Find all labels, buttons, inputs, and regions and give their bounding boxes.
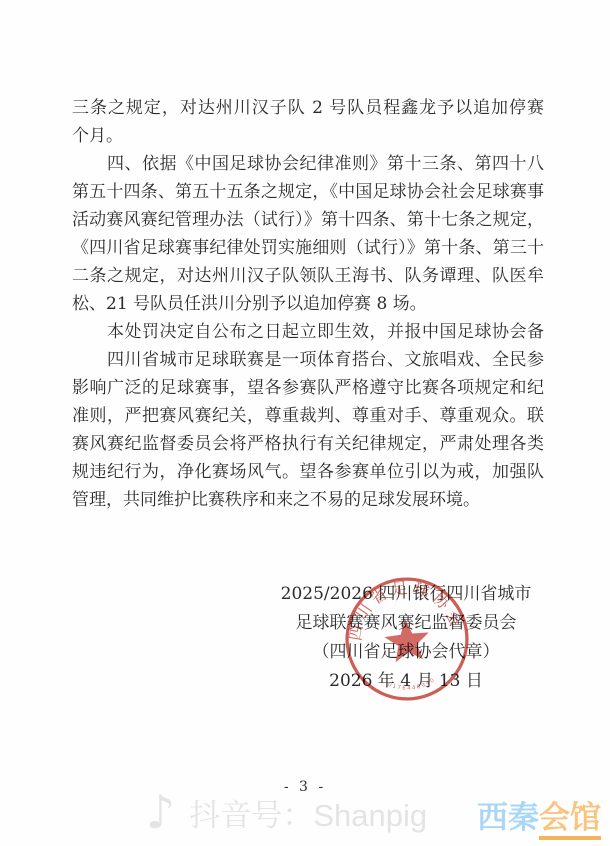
seal-star-icon [383,616,432,663]
music-note-icon: ♪ [146,789,175,835]
document-page: 三条之规定，对达州川汉子队 2 号队员程鑫龙予以追加停赛 12 个月。 四、依据… [0,0,610,846]
body-line: 松、21 号队员任洪川分别予以追加停赛 8 场。 [72,290,544,318]
body-line: 规违纪行为，净化赛场风气。望各参赛单位引以为戒，加强队伍 [72,458,544,486]
logo-part-blue: 西秦 [477,800,539,835]
body-line: 活动赛风赛纪管理办法（试行）》第十四条、第十七条之规定， [72,206,544,234]
seal-code-label: 0176440940 [386,677,437,694]
document-body: 三条之规定，对达州川汉子队 2 号队员程鑫龙予以追加停赛 12 个月。 四、依据… [72,94,544,514]
body-line: 赛风赛纪监督委员会将严格执行有关纪律规定，严肃处理各类违 [72,430,544,458]
body-line: 《四川省足球赛事纪律处罚实施细则（试行）》第十条、第三十 [72,234,544,262]
body-line: 本处罚决定自公布之日起立即生效，并报中国足球协会备案。 [72,318,544,346]
body-line: 三条之规定，对达州川汉子队 2 号队员程鑫龙予以追加停赛 12 [72,94,544,122]
body-line: 准则，严把赛风赛纪关，尊重裁判、尊重对手、尊重观众。联赛 [72,402,544,430]
body-line: 四、依据《中国足球协会纪律准则》第十三条、第四十八条、 [72,150,544,178]
douyin-handle-label: 抖音号：Shanpig [189,790,427,835]
body-line: 二条之规定，对达州川汉子队领队王海书、队务谭理、队医牟劲 [72,262,544,290]
douyin-watermark: ♪ 抖音号：Shanpig [146,789,427,835]
body-line: 个月。 [72,122,544,150]
body-line: 管理，共同维护比赛秩序和来之不易的足球发展环境。 [72,486,544,514]
xiqin-huiguan-logo: 西秦会馆 [477,799,601,836]
logo-part-orange: 会馆 [539,800,601,840]
body-line: 影响广泛的足球赛事，望各参赛队严格遵守比赛各项规定和纪律 [72,374,544,402]
official-seal-stamp: 四川省足球协会 0176440940 [337,568,478,711]
body-line: 第五十四条、第五十五条之规定，《中国足球协会社会足球赛事 [72,178,544,206]
body-line: 四川省城市足球联赛是一项体育搭台、文旅唱戏、全民参与、 [72,346,544,374]
